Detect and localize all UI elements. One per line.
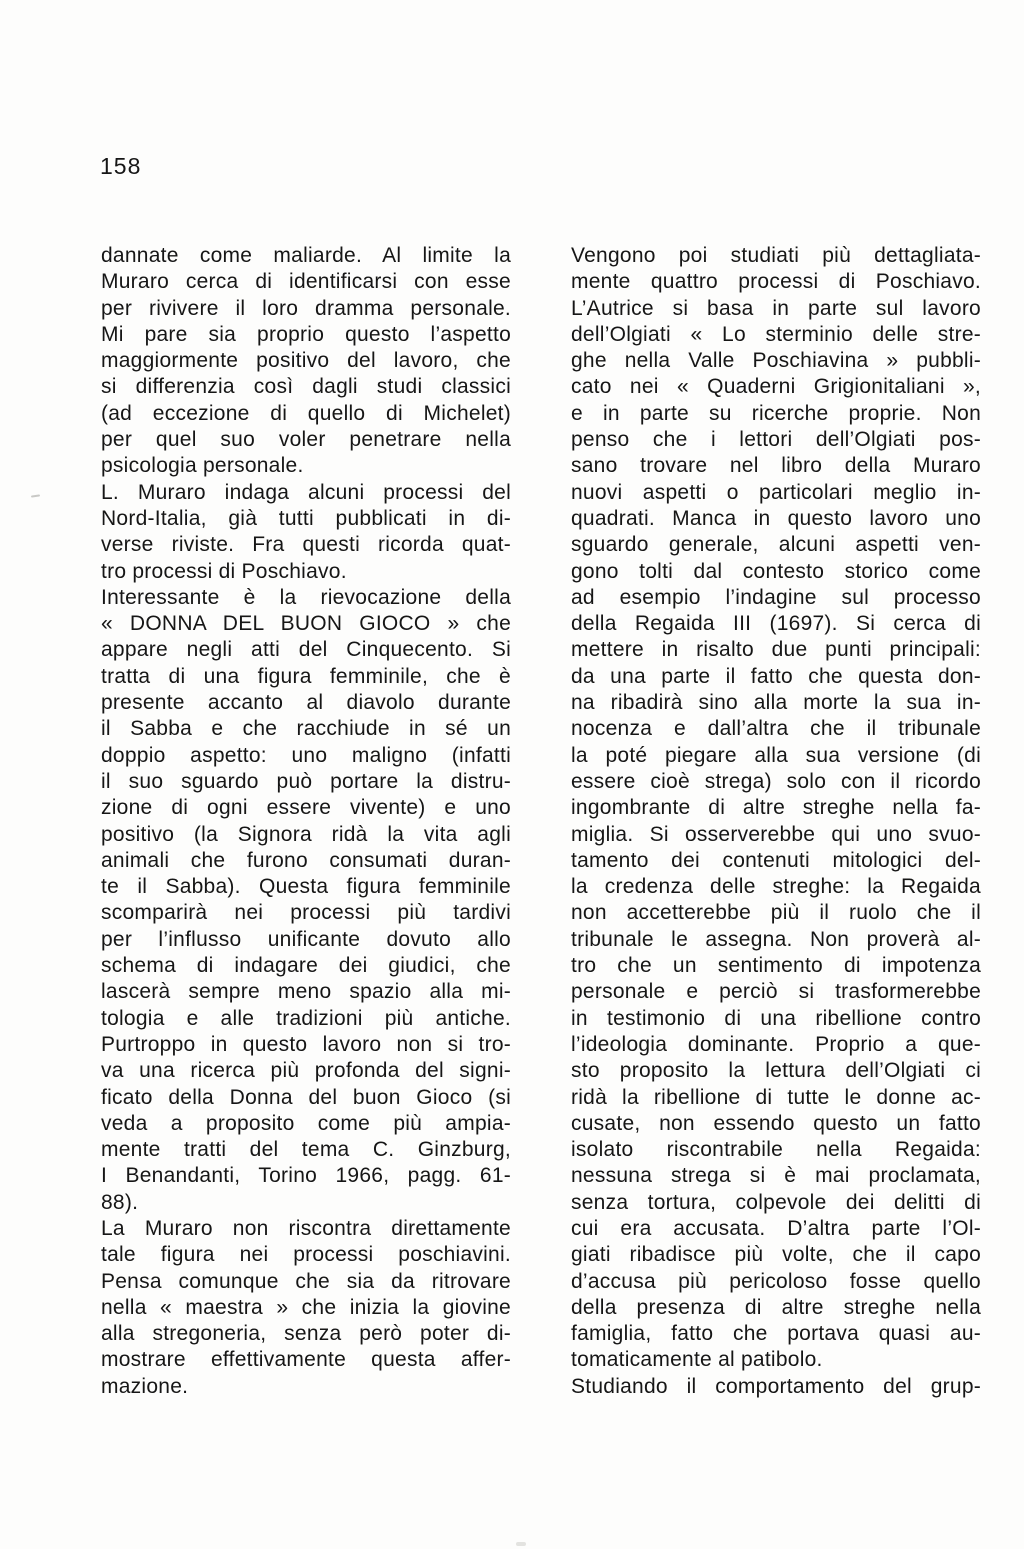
text-line: della Regaida III (1697). Si cerca di [571,611,981,637]
text-line: te il Sabba). Questa figura femminile [101,874,511,900]
text-line: sano trovare nel libro della Muraro [571,453,981,479]
text-line: in testimonio di una ribellione contro [571,1006,981,1032]
text-columns: dannate come maliarde. Al limite laMurar… [101,243,981,1400]
text-column-left: dannate come maliarde. Al limite laMurar… [101,243,511,1400]
text-line: si differenzia così dagli studi classici [101,374,511,400]
text-line: Studiando il comportamento del grup- [571,1374,981,1400]
text-line: ridà la ribellione di tutte le donne ac- [571,1085,981,1111]
text-line: nessuna strega si è mai proclamata, [571,1163,981,1189]
text-line: positivo (la Signora ridà la vita agli [101,822,511,848]
text-line: tale figura nei processi poschiavini. [101,1242,511,1268]
text-line: psicologia personale. [101,453,511,479]
text-line: Nord-Italia, già tutti pubblicati in di- [101,506,511,532]
text-line: per l’influsso unificante dovuto allo [101,927,511,953]
text-line: da una parte il fatto che questa don- [571,664,981,690]
text-line: tro che un sentimento di impotenza [571,953,981,979]
text-line: per quel suo voler penetrare nella [101,427,511,453]
text-line: alla stregoneria, senza però poter di- [101,1321,511,1347]
text-line: tro processi di Poschiavo. [101,559,511,585]
text-line: cato nei « Quaderni Grigionitaliani », [571,374,981,400]
text-line: e in parte su ricerche proprie. Non [571,401,981,427]
text-line: tratta di una figura femminile, che è [101,664,511,690]
text-line: mettere in risalto due punti principali: [571,637,981,663]
text-line: sguardo generale, alcuni aspetti ven- [571,532,981,558]
text-line: mente quattro processi di Poschiavo. [571,269,981,295]
text-line: mazione. [101,1374,511,1400]
text-line: nella « maestra » che inizia la giovine [101,1295,511,1321]
text-line: ficato della Donna del buon Gioco (si [101,1085,511,1111]
text-line: Purtroppo in questo lavoro non si tro- [101,1032,511,1058]
text-line: senza tortura, colpevole dei delitti di [571,1190,981,1216]
text-line: Pensa comunque che sia da ritrovare [101,1269,511,1295]
text-line: sto proposito la lettura dell’Olgiati ci [571,1058,981,1084]
text-line: penso che i lettori dell’Olgiati pos- [571,427,981,453]
text-line: la poté piegare alla sua versione (di [571,743,981,769]
text-line: ghe nella Valle Poschiavina » pubbli- [571,348,981,374]
text-line: gono tolti dal contesto storico come [571,559,981,585]
text-line: I Benandanti, Torino 1966, pagg. 61- [101,1163,511,1189]
text-line: tologia e alle tradizioni più antiche. [101,1006,511,1032]
text-line: Vengono poi studiati più dettagliata- [571,243,981,269]
text-line: della presenza di altre streghe nella [571,1295,981,1321]
text-line: tomaticamente al patibolo. [571,1347,981,1373]
text-line: mostrare effettivamente questa affer- [101,1347,511,1373]
text-line: schema di indagare dei giudici, che [101,953,511,979]
text-column-right: Vengono poi studiati più dettagliata-men… [571,243,981,1400]
text-line: dell’Olgiati « Lo sterminio delle stre- [571,322,981,348]
text-line: mente tratti del tema C. Ginzburg, [101,1137,511,1163]
text-line: nocenza e dall’altra che il tribunale [571,716,981,742]
book-page: 158 dannate come maliarde. Al limite laM… [0,0,1024,1549]
text-line: ingombrante di altre streghe nella fa- [571,795,981,821]
text-line: Interessante è la rievocazione della [101,585,511,611]
text-line: d’accusa più pericoloso fosse quello [571,1269,981,1295]
text-line: (ad eccezione di quello di Michelet) [101,401,511,427]
scan-artifact-dash [31,494,40,497]
text-line: doppio aspetto: uno maligno (infatti [101,743,511,769]
text-line: cusate, non essendo questo un fatto [571,1111,981,1137]
text-line: giati ribadisce più volte, che il capo [571,1242,981,1268]
text-line: 88). [101,1190,511,1216]
text-line: cui era accusata. D’altra parte l’Ol- [571,1216,981,1242]
text-line: maggiormente positivo del lavoro, che [101,348,511,374]
text-line: isolato riscontrabile nella Regaida: [571,1137,981,1163]
text-line: zione di ogni essere vivente) e uno [101,795,511,821]
text-line: l’ideologia dominante. Proprio a que- [571,1032,981,1058]
text-line: tribunale le assegna. Non proverà al- [571,927,981,953]
text-line: Mi pare sia proprio questo l’aspetto [101,322,511,348]
text-line: essere cioè strega) solo con il ricordo [571,769,981,795]
text-line: miglia. Si osserverebbe qui uno svuo- [571,822,981,848]
text-line: appare negli atti del Cinquecento. Si [101,637,511,663]
text-line: va una ricerca più profonda del signi- [101,1058,511,1084]
text-line: la credenza delle streghe: la Regaida [571,874,981,900]
text-line: scomparirà nei processi più tardivi [101,900,511,926]
text-line: nuovi aspetti o particolari meglio in- [571,480,981,506]
text-line: verse riviste. Fra questi ricorda quat- [101,532,511,558]
text-line: non accetterebbe più il ruolo che il [571,900,981,926]
text-line: famiglia, fatto che portava quasi au- [571,1321,981,1347]
text-line: presente accanto al diavolo durante [101,690,511,716]
text-line: lascerà sempre meno spazio alla mi- [101,979,511,1005]
text-line: per rivivere il loro dramma personale. [101,296,511,322]
page-number: 158 [100,153,141,180]
text-line: il Sabba e che racchiude in sé un [101,716,511,742]
text-line: veda a proposito come più ampia- [101,1111,511,1137]
scan-artifact-smudge [516,1542,526,1546]
text-line: Muraro cerca di identificarsi con esse [101,269,511,295]
text-line: il suo sguardo può portare la distru- [101,769,511,795]
text-line: L’Autrice si basa in parte sul lavoro [571,296,981,322]
text-line: « DONNA DEL BUON GIOCO » che [101,611,511,637]
text-line: ad esempio l’indagine sul processo [571,585,981,611]
text-line: quadrati. Manca in questo lavoro uno [571,506,981,532]
text-line: dannate come maliarde. Al limite la [101,243,511,269]
text-line: La Muraro non riscontra direttamente [101,1216,511,1242]
text-line: animali che furono consumati duran- [101,848,511,874]
text-line: na ribadirà sino alla morte la sua in- [571,690,981,716]
text-line: L. Muraro indaga alcuni processi del [101,480,511,506]
text-line: personale e perciò si trasformerebbe [571,979,981,1005]
text-line: tamento dei contenuti mitologici del- [571,848,981,874]
